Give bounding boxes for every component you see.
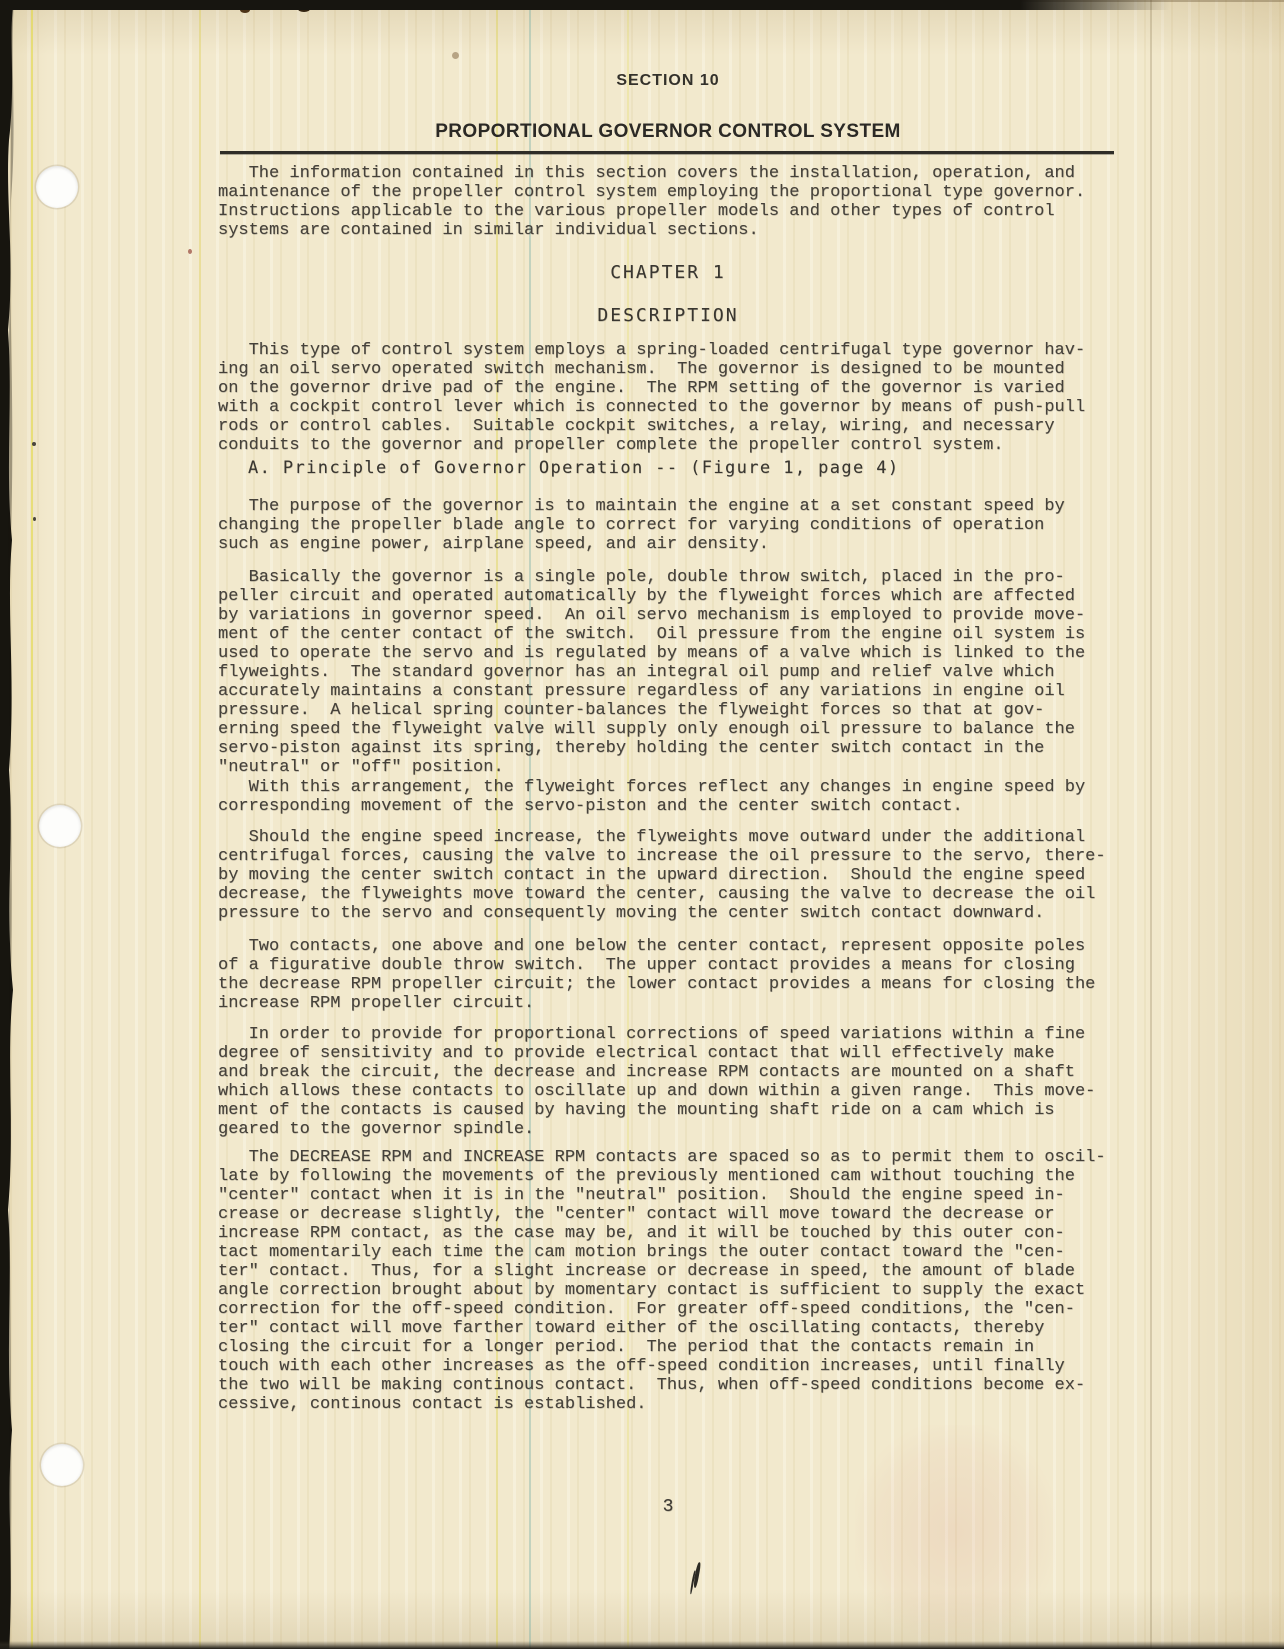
hole-punch-top bbox=[36, 166, 78, 208]
paragraph-purpose: The purpose of the governor is to mainta… bbox=[218, 497, 1065, 554]
torn-edge-left bbox=[0, 0, 26, 1649]
yellow-rule-line bbox=[31, 0, 33, 1649]
chapter-heading: CHAPTER 1 bbox=[218, 262, 1118, 283]
section-header: SECTION 10 bbox=[218, 72, 1118, 90]
chapter-subheading: DESCRIPTION bbox=[218, 305, 1118, 326]
paragraph-arrangement: With this arrangement, the flyweight for… bbox=[218, 778, 1085, 816]
paragraph-two-contacts: Two contacts, one above and one below th… bbox=[218, 937, 1095, 1013]
yellow-rule-line bbox=[199, 0, 201, 1649]
paragraph-basic-operation: Basically the governor is a single pole,… bbox=[218, 568, 1085, 777]
page-crease-line bbox=[1150, 0, 1152, 1649]
page-number: 3 bbox=[218, 1498, 1118, 1517]
section-a-heading: A. Principle of Governor Operation -- (F… bbox=[248, 458, 900, 478]
title-rule bbox=[220, 151, 1114, 154]
paragraph-intro: The information contained in this sectio… bbox=[218, 164, 1085, 240]
page-title: PROPORTIONAL GOVERNOR CONTROL SYSTEM bbox=[218, 121, 1118, 143]
paragraph-speed-changes: Should the engine speed increase, the fl… bbox=[218, 828, 1106, 923]
paragraph-description: This type of control system employs a sp… bbox=[218, 341, 1085, 455]
text-column: SECTION 10 PROPORTIONAL GOVERNOR CONTROL… bbox=[218, 0, 1118, 1649]
scanned-manual-page: SECTION 10 PROPORTIONAL GOVERNOR CONTROL… bbox=[0, 0, 1284, 1649]
hole-punch-bottom bbox=[41, 1444, 83, 1486]
paragraph-proportional-corrections: In order to provide for proportional cor… bbox=[218, 1025, 1095, 1139]
hole-punch-middle bbox=[39, 805, 81, 847]
paragraph-contact-spacing: The DECREASE RPM and INCREASE RPM contac… bbox=[218, 1148, 1106, 1414]
